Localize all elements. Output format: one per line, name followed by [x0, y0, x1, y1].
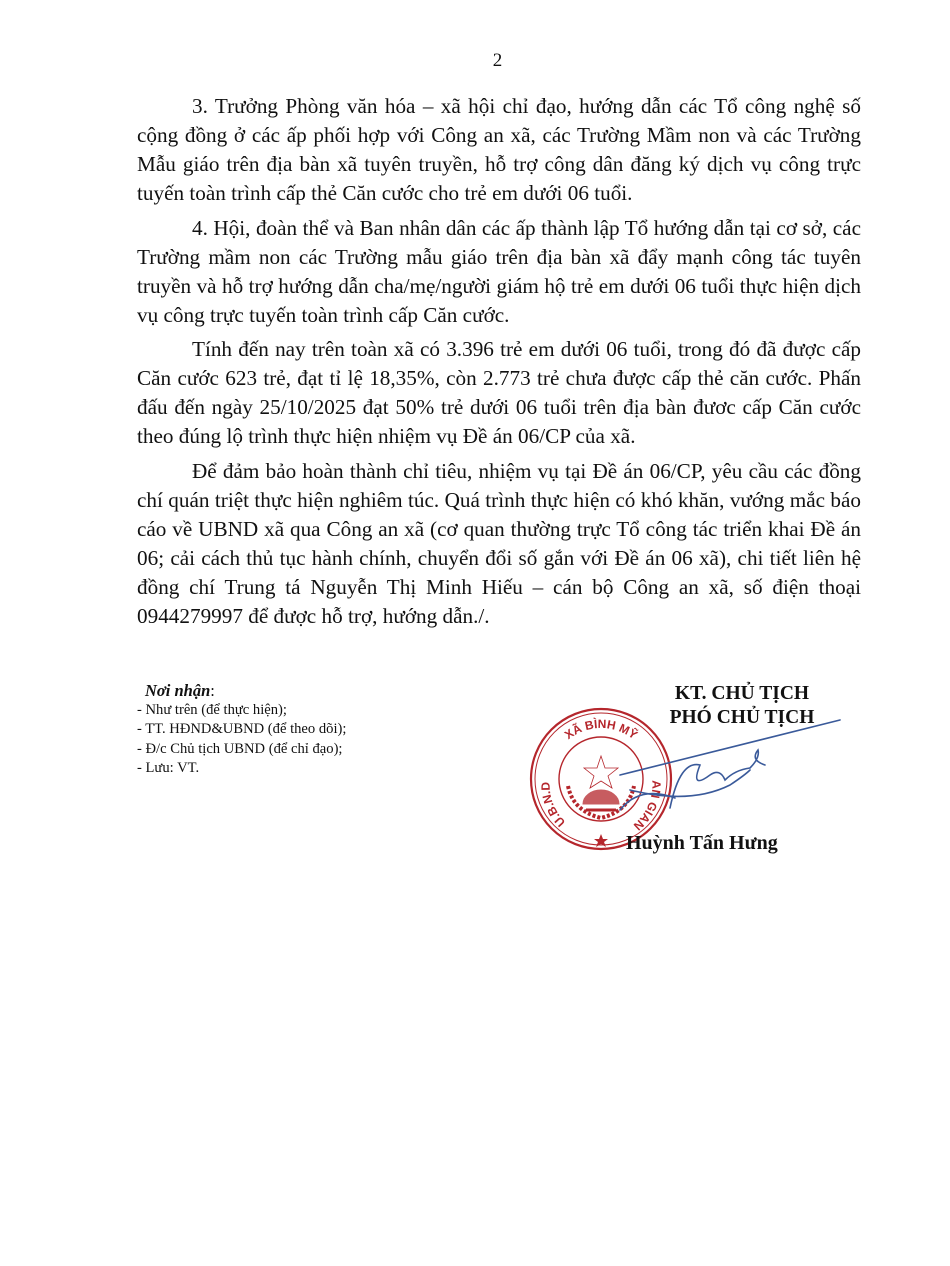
recipient-item: - Đ/c Chủ tịch UBND (để chỉ đạo); — [137, 740, 346, 760]
page-number: 2 — [0, 50, 950, 72]
recipients-block: Nơi nhận: - Như trên (để thực hiện); - T… — [137, 681, 346, 779]
recipient-item: - Lưu: VT. — [137, 759, 346, 779]
document-body: 3. Trưởng Phòng văn hóa – xã hội chỉ đạo… — [137, 92, 861, 636]
recipient-item: - Như trên (để thực hiện); — [137, 701, 346, 721]
paragraph-closing: Để đảm bảo hoàn thành chỉ tiêu, nhiệm vụ… — [137, 457, 861, 631]
paragraph-item-3: 3. Trưởng Phòng văn hóa – xã hội chỉ đạo… — [137, 92, 861, 208]
recipients-colon: : — [210, 681, 215, 700]
handwritten-signature-icon — [560, 690, 860, 830]
recipient-item: - TT. HĐND&UBND (để theo dõi); — [137, 720, 346, 740]
paragraph-item-4: 4. Hội, đoàn thể và Ban nhân dân các ấp … — [137, 214, 861, 330]
paragraph-statistics: Tính đến nay trên toàn xã có 3.396 trẻ e… — [137, 335, 861, 451]
signer-name: Huỳnh Tấn Hưng — [626, 832, 778, 855]
recipients-title: Nơi nhận: — [137, 681, 346, 701]
recipients-title-text: Nơi nhận — [145, 681, 210, 700]
